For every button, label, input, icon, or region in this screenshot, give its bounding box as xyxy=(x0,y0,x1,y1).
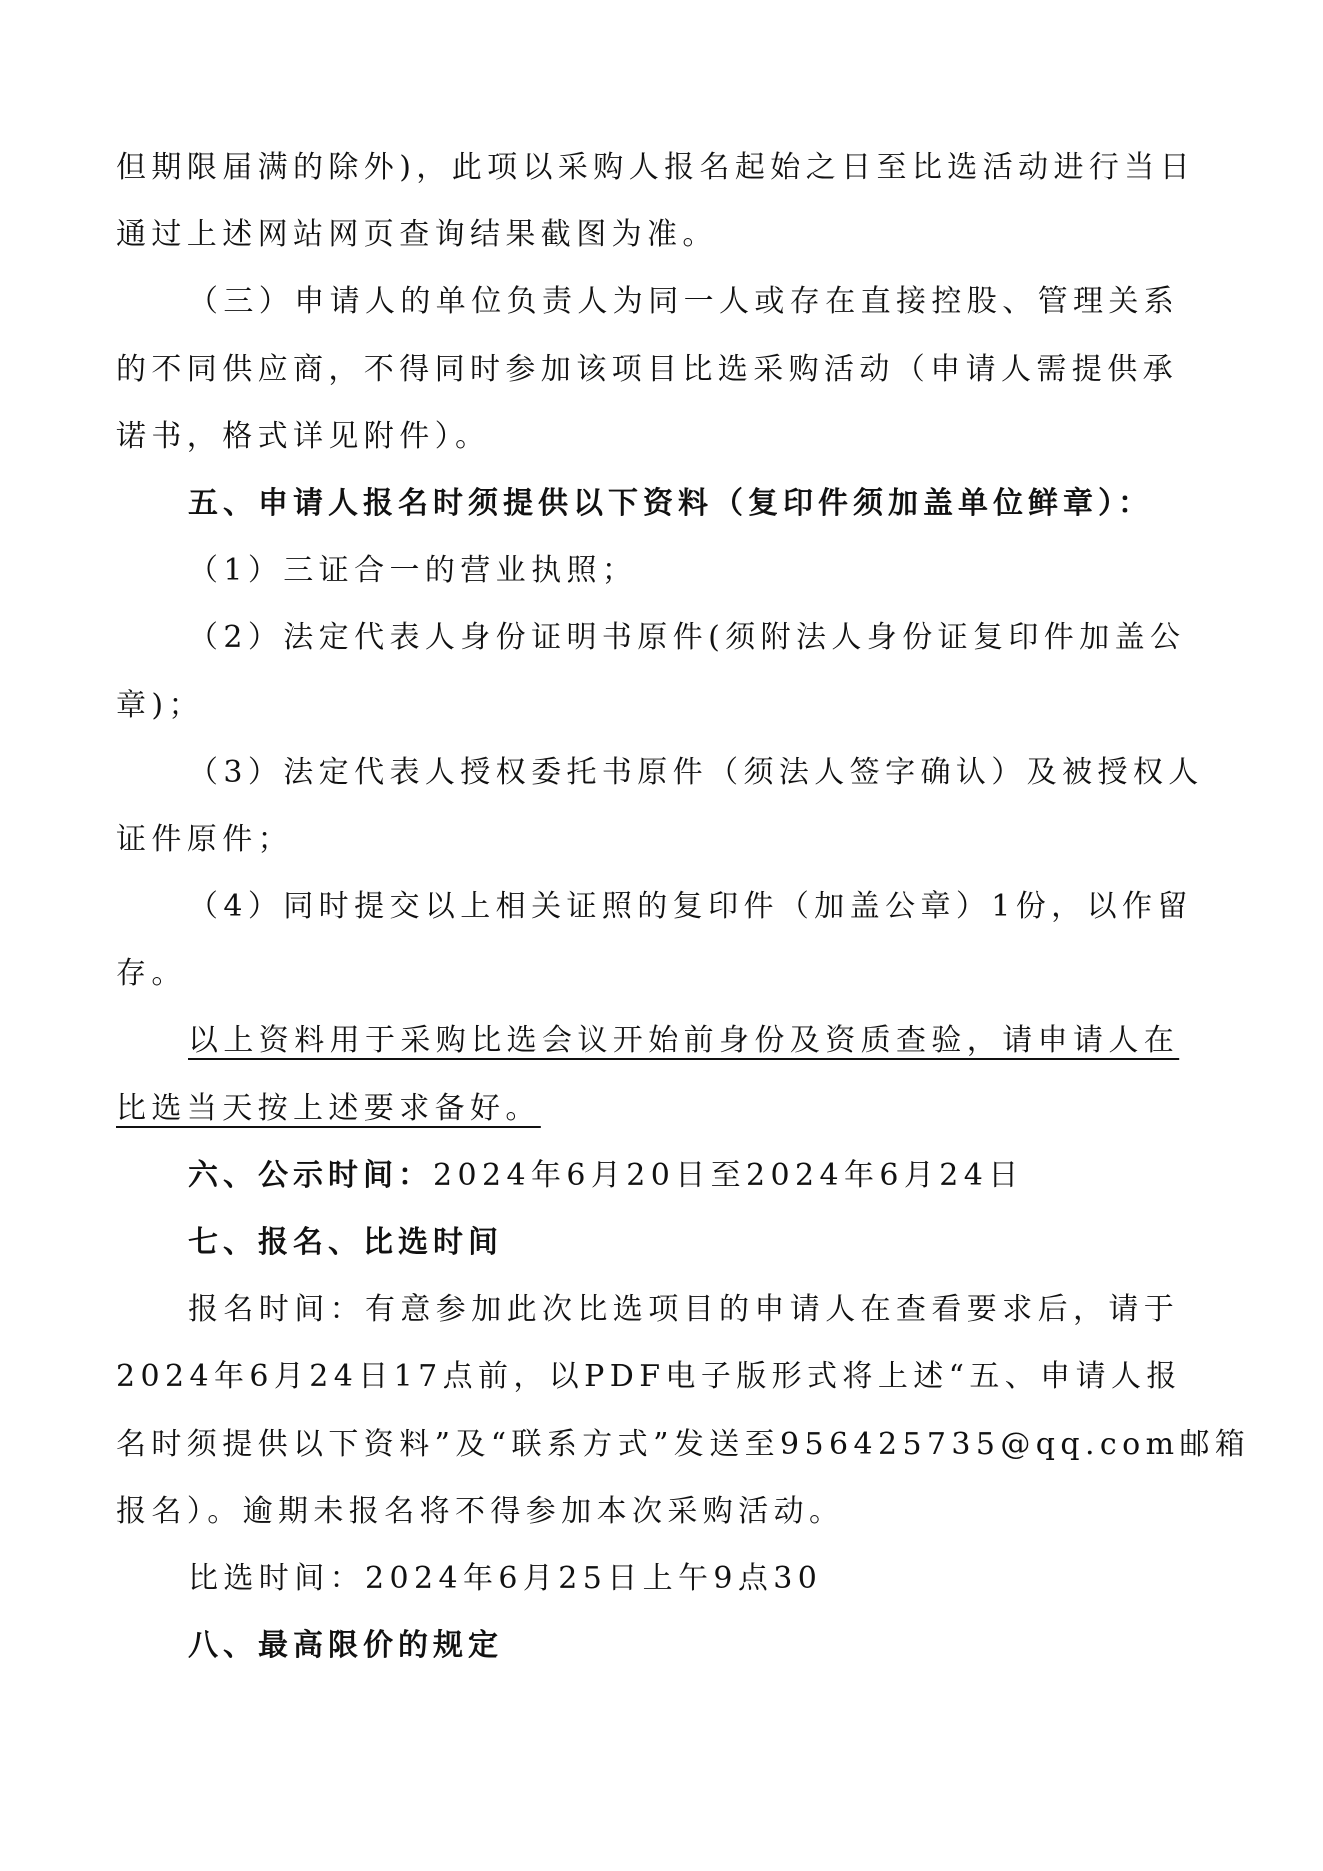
document-page: 但期限届满的除外)，此项以采购人报名起始之日至比选活动进行当日 通过上述网站网页… xyxy=(116,134,1190,1679)
section-heading-6: 六、公示时间：2024年6月20日至2024年6月24日 xyxy=(116,1142,1190,1209)
contact-email-line: 名时须提供以下资料”及“联系方式”发送至956425735@qq.com邮箱 xyxy=(116,1411,1190,1478)
paragraph-line: 通过上述网站网页查询结果截图为准。 xyxy=(116,201,1190,268)
registration-time-line: 报名时间：有意参加此次比选项目的申请人在查看要求后，请于 xyxy=(116,1276,1190,1343)
underlined-note-line: 比选当天按上述要求备好。 xyxy=(116,1075,1190,1142)
section-heading-6-label: 六、公示时间： xyxy=(188,1158,433,1193)
selection-time-line: 比选时间：2024年6月25日上午9点30 xyxy=(116,1545,1190,1612)
underlined-note-text: 比选当天按上述要求备好。 xyxy=(116,1091,541,1126)
list-item-4-continued: 存。 xyxy=(116,940,1190,1007)
announcement-period: 2024年6月20日至2024年6月24日 xyxy=(433,1158,1024,1193)
list-item-2-continued: 章)； xyxy=(116,672,1190,739)
list-item-3: （3）法定代表人授权委托书原件（须法人签字确认）及被授权人 xyxy=(116,739,1190,806)
section-heading-5: 五、申请人报名时须提供以下资料（复印件须加盖单位鲜章）： xyxy=(116,470,1190,537)
list-item-4: （4）同时提交以上相关证照的复印件（加盖公章）1份，以作留 xyxy=(116,873,1190,940)
list-item-1: （1）三证合一的营业执照； xyxy=(116,537,1190,604)
section-heading-8: 八、最高限价的规定 xyxy=(116,1612,1190,1679)
paragraph-line: 诺书，格式详见附件）。 xyxy=(116,403,1190,470)
underlined-note-text: 以上资料用于采购比选会议开始前身份及资质查验，请申请人在 xyxy=(188,1023,1179,1058)
clause-3-line: （三）申请人的单位负责人为同一人或存在直接控股、管理关系 xyxy=(116,268,1190,335)
underlined-note-line: 以上资料用于采购比选会议开始前身份及资质查验，请申请人在 xyxy=(116,1007,1190,1074)
paragraph-line: 2024年6月24日17点前，以PDF电子版形式将上述“五、申请人报 xyxy=(116,1343,1190,1410)
paragraph-line: 报名）。逾期未报名将不得参加本次采购活动。 xyxy=(116,1478,1190,1545)
list-item-2: （2）法定代表人身份证明书原件(须附法人身份证复印件加盖公 xyxy=(116,604,1190,671)
section-heading-7: 七、报名、比选时间 xyxy=(116,1209,1190,1276)
paragraph-line: 但期限届满的除外)，此项以采购人报名起始之日至比选活动进行当日 xyxy=(116,134,1190,201)
list-item-3-continued: 证件原件； xyxy=(116,806,1190,873)
paragraph-line: 的不同供应商，不得同时参加该项目比选采购活动（申请人需提供承 xyxy=(116,336,1190,403)
